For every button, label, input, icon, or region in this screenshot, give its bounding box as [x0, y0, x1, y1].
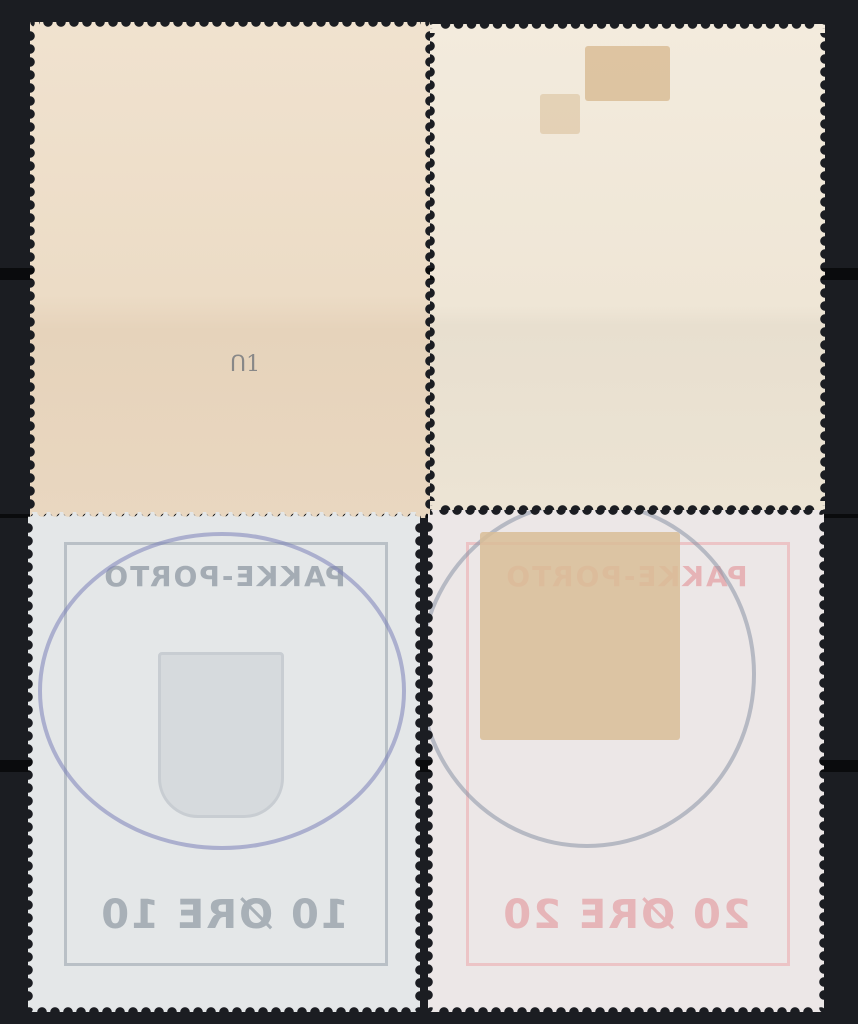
- hinge-remnant: [480, 532, 680, 740]
- design-bottom-text: 10 ØRE 10: [84, 892, 364, 938]
- hinge-stain: [540, 94, 580, 134]
- design-bottom-text: 20 ØRE 20: [486, 892, 766, 938]
- stamp-back-bottom-right: PAKKE-PORTO 20 ØRE 20: [428, 510, 824, 1012]
- stamp-back-top-left: ᑎ1: [30, 22, 430, 518]
- stamp-back-bottom-left: PAKKE-PORTO 10 ØRE 10: [28, 512, 420, 1012]
- hinge-remnant: [585, 46, 670, 101]
- stamp-back-top-right: [430, 24, 825, 510]
- postmark-cancel: [38, 532, 406, 850]
- pencil-mark: ᑎ1: [230, 352, 260, 377]
